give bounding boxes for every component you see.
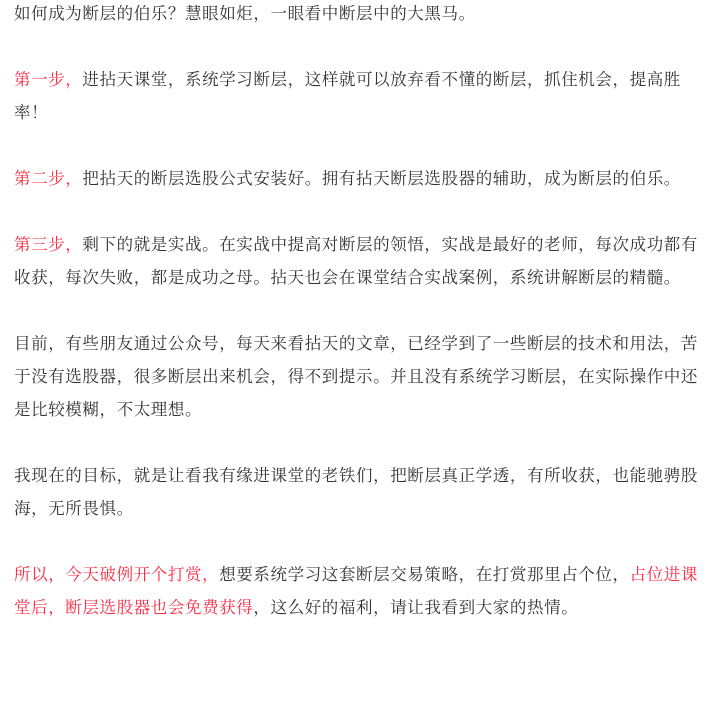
paragraph-text: 如何成为断层的伯乐？慧眼如炬，一眼看中断层中的大黑马。 [14, 4, 476, 23]
paragraph-step-one: 第一步，进拈天课堂，系统学习断层，这样就可以放弃看不懂的断层，抓住机会，提高胜率… [14, 63, 703, 129]
step-label: 第一步， [14, 70, 82, 89]
paragraph-text: ，这么好的福利，请让我看到大家的热情。 [253, 598, 578, 617]
paragraph-text: 剩下的就是实战。在实战中提高对断层的领悟，实战是最好的老师，每次成功都有收获，每… [14, 235, 698, 287]
step-label: 第二步， [14, 169, 82, 188]
paragraph-current-status: 目前，有些朋友通过公众号，每天来看拈天的文章，已经学到了一些断层的技术和用法，苦… [14, 327, 703, 426]
paragraph-goal: 我现在的目标，就是让看我有缘进课堂的老铁们，把断层真正学透，有所收获，也能驰骋股… [14, 459, 703, 525]
highlight-text: 所以，今天破例开个打赏， [14, 565, 219, 584]
paragraph-call-to-action: 所以，今天破例开个打赏，想要系统学习这套断层交易策略，在打赏那里占个位，占位进课… [14, 558, 703, 624]
paragraph-step-two: 第二步，把拈天的断层选股公式安装好。拥有拈天断层选股器的辅助，成为断层的伯乐。 [14, 162, 703, 195]
paragraph-intro: 如何成为断层的伯乐？慧眼如炬，一眼看中断层中的大黑马。 [14, 0, 703, 30]
step-label: 第三步， [14, 235, 82, 254]
paragraph-text: 目前，有些朋友通过公众号，每天来看拈天的文章，已经学到了一些断层的技术和用法，苦… [14, 334, 698, 419]
paragraph-text: 进拈天课堂，系统学习断层，这样就可以放弃看不懂的断层，抓住机会，提高胜率！ [14, 70, 681, 122]
paragraph-text: 把拈天的断层选股公式安装好。拥有拈天断层选股器的辅助，成为断层的伯乐。 [82, 169, 681, 188]
paragraph-step-three: 第三步，剩下的就是实战。在实战中提高对断层的领悟，实战是最好的老师，每次成功都有… [14, 228, 703, 294]
paragraph-text: 我现在的目标，就是让看我有缘进课堂的老铁们，把断层真正学透，有所收获，也能驰骋股… [14, 466, 698, 518]
article-body: 如何成为断层的伯乐？慧眼如炬，一眼看中断层中的大黑马。 第一步，进拈天课堂，系统… [0, 0, 717, 624]
paragraph-text: 想要系统学习这套断层交易策略，在打赏那里占个位， [219, 565, 629, 584]
